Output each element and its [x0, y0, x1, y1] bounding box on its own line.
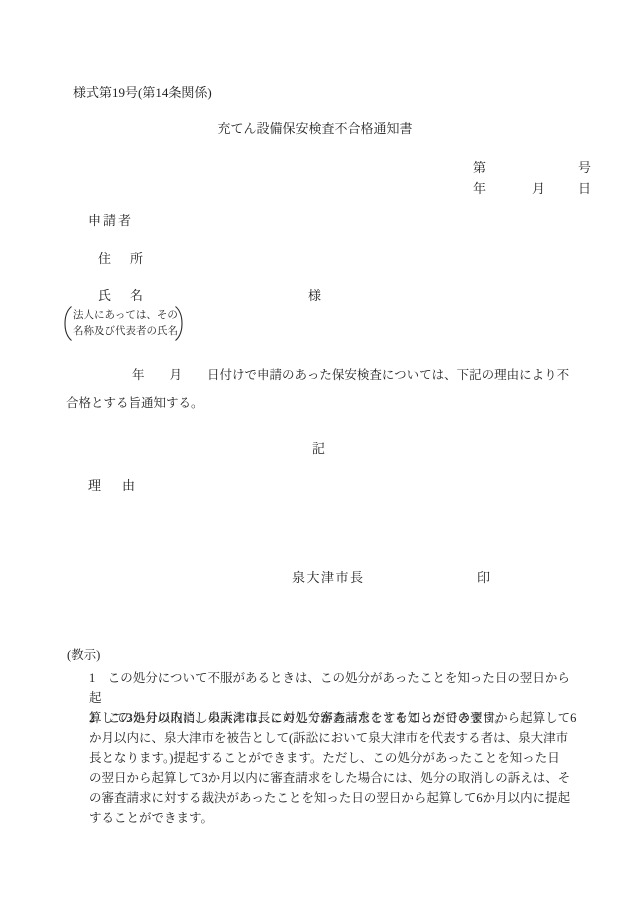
doc-number-prefix: 第: [473, 161, 486, 174]
body-line-2: 合格とする旨通知する。: [66, 397, 204, 410]
body-line-1: 年 月 日付けで申請のあった保安検査については、下記の理由により不: [132, 369, 569, 382]
mayor-title: 泉大津市長: [292, 571, 365, 584]
reason-label: 理 由: [88, 479, 139, 492]
document-page: 様式第19号(第14条関係) 充てん設備保安検査不合格通知書 第 号 年 月 日…: [0, 0, 630, 915]
record-marker: 記: [312, 442, 325, 455]
address-label: 住 所: [98, 252, 146, 265]
date-year-label: 年: [473, 182, 486, 195]
corporate-note: 法人にあっては、その 名称及び代表者の氏名: [73, 308, 178, 339]
paren-left-decoration: [63, 305, 73, 342]
applicant-label: 申請者: [88, 214, 133, 227]
form-number: 様式第19号(第14条関係): [73, 86, 212, 99]
page-title: 充てん設備保安検査不合格通知書: [0, 122, 630, 135]
instructions-heading: (教示): [67, 649, 100, 662]
seal-mark: 印: [477, 571, 490, 584]
date-day-label: 日: [578, 182, 591, 195]
paren-right-decoration: [174, 305, 184, 342]
date-month-label: 月: [532, 182, 545, 195]
honorific-sama: 様: [308, 289, 321, 302]
instruction-item-2: 2 この処分の取消しの訴えは、この処分があったことを知った日の翌日から起算して6…: [89, 708, 581, 828]
name-label: 氏 名: [98, 289, 146, 302]
doc-number-suffix: 号: [578, 161, 591, 174]
